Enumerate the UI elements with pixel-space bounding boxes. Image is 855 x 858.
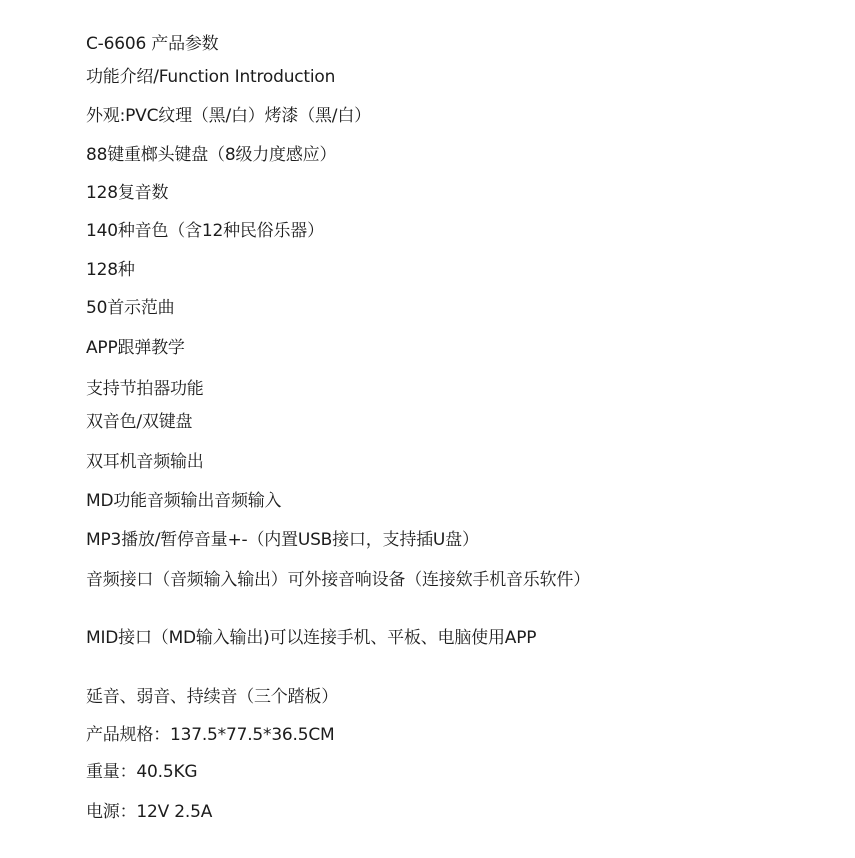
feature-dual-voice: 双音色/双键盘 [86,411,192,433]
feature-app-teaching: APP跟弹教学 [86,337,185,359]
feature-rhythms: 128种 [86,259,135,281]
feature-voices: 140种音色（含12种民俗乐器） [86,220,324,242]
feature-metronome: 支持节拍器功能 [86,378,204,400]
spec-weight: 重量：40.5KG [86,761,197,783]
feature-demo-songs: 50首示范曲 [86,297,174,319]
feature-keyboard: 88键重榔头键盘（8级力度感应） [86,144,336,166]
spec-size: 产品规格：137.5*77.5*36.5CM [86,724,335,746]
feature-dual-headphone: 双耳机音频输出 [86,451,204,473]
feature-appearance: 外观:PVC纹理（黑/白）烤漆（黑/白） [86,105,371,127]
feature-pedals: 延音、弱音、持续音（三个踏板） [86,686,338,708]
feature-mp3-usb: MP3播放/暂停音量+-（内置USB接口，支持插U盘） [86,529,479,551]
feature-midi-interface: MID接口（MD输入输出)可以连接手机、平板、电脑使用APP [86,627,536,649]
feature-polyphony: 128复音数 [86,182,168,204]
feature-audio-interface: 音频接口（音频输入输出）可外接音响设备（连接欸手机音乐软件） [86,569,590,591]
spec-power: 电源：12V 2.5A [86,801,212,823]
section-heading: 功能介绍/Function Introduction [86,66,335,88]
product-spec-sheet: C-6606 产品参数 功能介绍/Function Introduction 外… [0,0,855,858]
feature-md-audio: MD功能音频输出音频输入 [86,490,281,512]
document-title: C-6606 产品参数 [86,33,218,55]
